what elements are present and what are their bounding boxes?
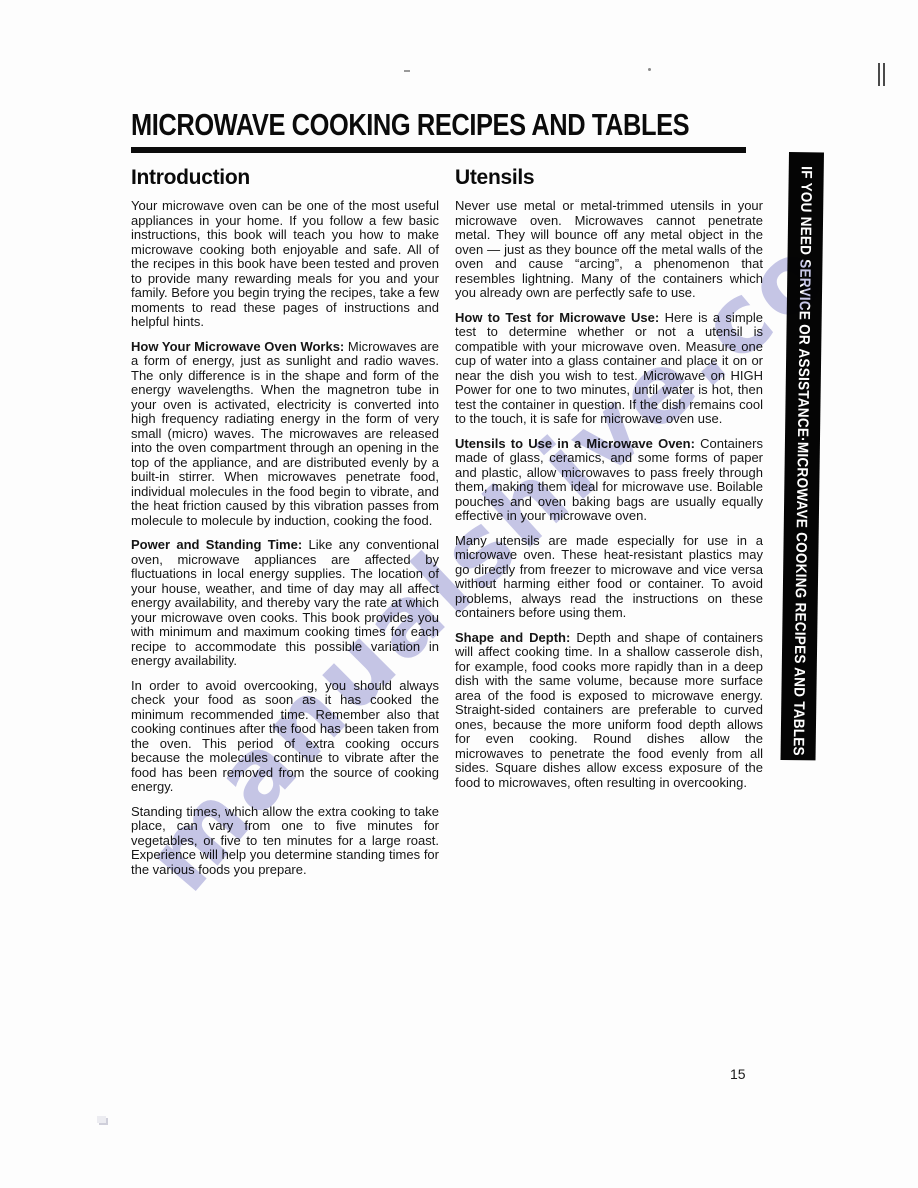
page-title: MICROWAVE COOKING RECIPES AND TABLES — [131, 107, 689, 143]
column-utensils: Utensils Never use metal or metal-trimme… — [455, 166, 763, 887]
paragraph: Utensils to Use in a Microwave Oven: Con… — [455, 437, 763, 524]
manual-page: MICROWAVE COOKING RECIPES AND TABLES Int… — [0, 0, 918, 1188]
section-heading-introduction: Introduction — [131, 166, 439, 190]
scan-artifact-dot — [648, 68, 651, 71]
section-heading-utensils: Utensils — [455, 166, 763, 190]
page-number: 15 — [730, 1066, 746, 1082]
utensils-paragraphs: Never use metal or metal-trimmed utensil… — [455, 199, 763, 790]
paragraph: Many utensils are made especially for us… — [455, 534, 763, 621]
scan-artifact-bars — [878, 63, 885, 86]
paragraph: Never use metal or metal-trimmed utensil… — [455, 199, 763, 301]
two-column-body: Introduction Your microwave oven can be … — [131, 166, 768, 887]
scan-artifact-dash — [404, 70, 410, 72]
paragraph: How to Test for Microwave Use: Here is a… — [455, 311, 763, 427]
introduction-paragraphs: Your microwave oven can be one of the mo… — [131, 199, 439, 877]
paragraph: Shape and Depth: Depth and shape of cont… — [455, 631, 763, 791]
paragraph: Your microwave oven can be one of the mo… — [131, 199, 439, 330]
title-rule — [131, 147, 746, 153]
paragraph: How Your Microwave Oven Works: Microwave… — [131, 340, 439, 529]
section-edge-tab: IF YOU NEED SERVICE OR ASSISTANCE·MICROW… — [781, 152, 824, 760]
scan-artifact-speck — [97, 1116, 106, 1123]
paragraph: In order to avoid overcooking, you shoul… — [131, 679, 439, 795]
section-edge-tab-label: IF YOU NEED SERVICE OR ASSISTANCE·MICROW… — [790, 166, 815, 756]
paragraph: Power and Standing Time: Like any conven… — [131, 538, 439, 669]
column-introduction: Introduction Your microwave oven can be … — [131, 166, 439, 887]
paragraph: Standing times, which allow the extra co… — [131, 805, 439, 878]
